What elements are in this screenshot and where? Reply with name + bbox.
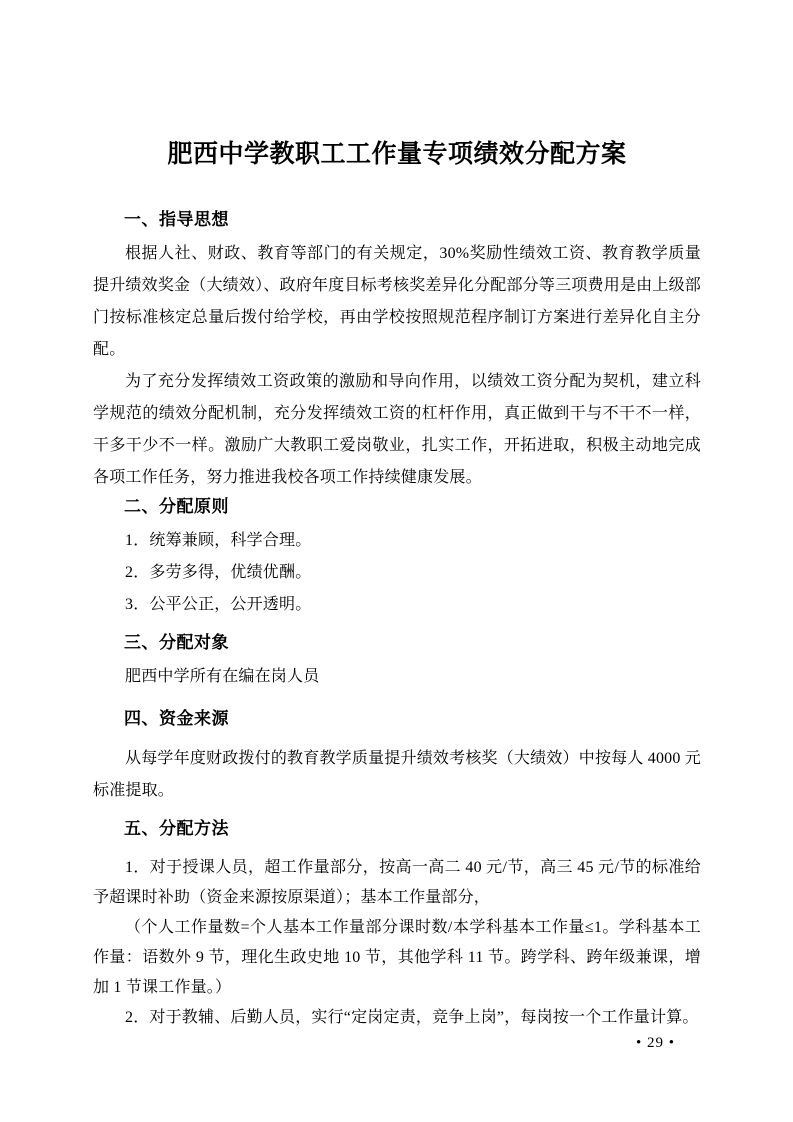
document-page: 肥西中学教职工工作量专项绩效分配方案 一、指导思想 根据人社、财政、教育等部门的…	[0, 0, 793, 1122]
paragraph: （个人工作量数=个人基本工作量部分课时数/本学科基本工作量≤1。学科基本工作量：…	[93, 913, 701, 1003]
list-item: 1．统筹兼顾，科学合理。	[93, 525, 701, 557]
paragraph: 1．对于授课人员，超工作量部分，按高一高二 40 元/节，高三 45 元/节的标…	[93, 853, 701, 913]
section-heading-distribution-principles: 二、分配原则	[93, 494, 701, 519]
document-title: 肥西中学教职工工作量专项绩效分配方案	[93, 138, 701, 170]
section-heading-distribution-targets: 三、分配对象	[93, 630, 701, 655]
list-item: 2．多劳多得，优绩优酬。	[93, 557, 701, 589]
page-number: • 29 •	[636, 1033, 675, 1053]
list-item: 3．公平公正，公开透明。	[93, 589, 701, 621]
paragraph: 2．对于教辅、后勤人员，实行“定岗定责，竞争上岗”，每岗按一个工作量计算。	[93, 1003, 701, 1033]
paragraph: 肥西中学所有在编在岗人员	[93, 661, 701, 693]
paragraph: 根据人社、财政、教育等部门的有关规定，30%奖励性绩效工资、教育教学质量提升绩效…	[93, 238, 701, 366]
section-heading-funding-source: 四、资金来源	[93, 706, 701, 731]
section-heading-distribution-method: 五、分配方法	[93, 816, 701, 841]
paragraph: 从每学年度财政拨付的教育教学质量提升绩效考核奖（大绩效）中按每人 4000 元标…	[93, 743, 701, 807]
paragraph: 为了充分发挥绩效工资政策的激励和导向作用，以绩效工资分配为契机，建立科学规范的绩…	[93, 366, 701, 494]
section-heading-guiding-ideology: 一、指导思想	[93, 207, 701, 232]
document-content: 肥西中学教职工工作量专项绩效分配方案 一、指导思想 根据人社、财政、教育等部门的…	[0, 0, 793, 1033]
